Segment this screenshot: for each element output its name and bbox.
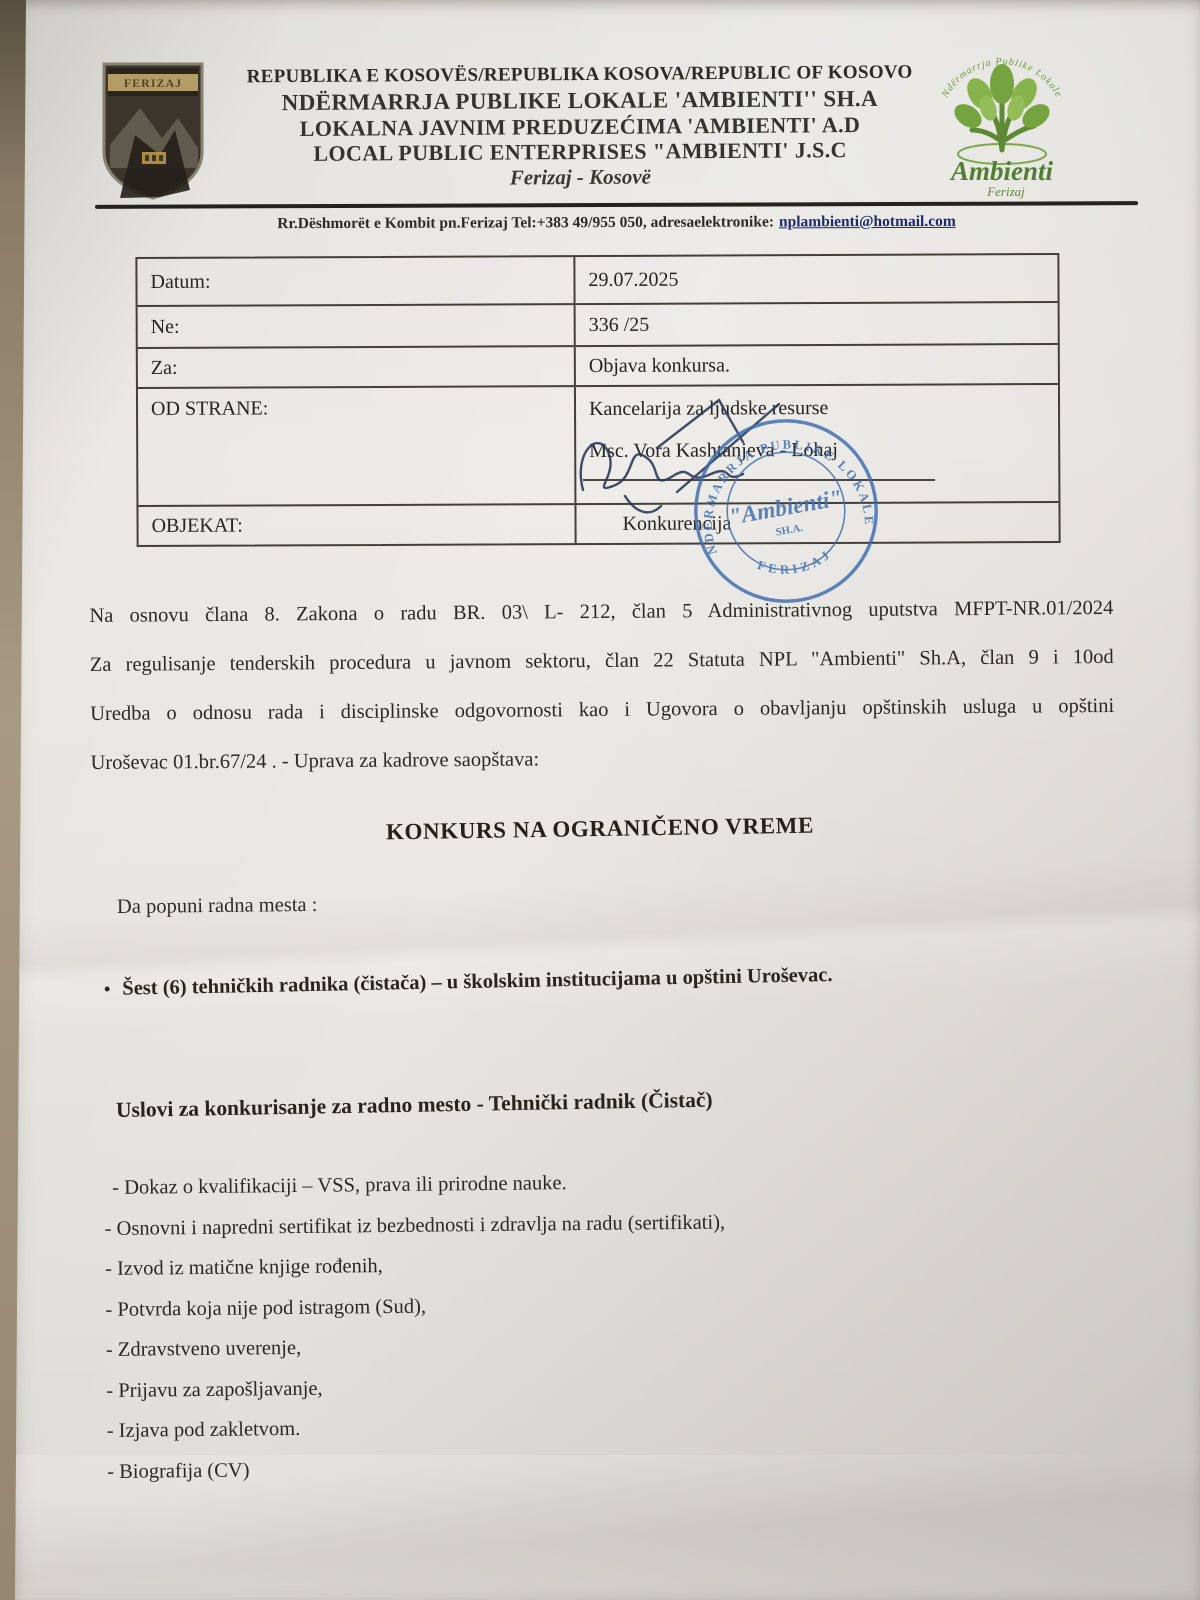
row-value: 336 /25 [576,303,1058,345]
row-label: OD STRANE: [138,387,577,505]
intro-line: Uroševac 01.br.67/24 . - Uprava za kadro… [90,731,1114,788]
stamp-arc-bottom-text: FERIZAJ [754,545,838,583]
email-link[interactable]: nplambienti@hotmail.com [779,213,956,231]
vacancy-text: Šest (6) tehničkih radnika (čistača) – u… [122,964,833,1000]
row-label: Za: [138,347,576,387]
photographed-document: FERIZAJ REPUBLIKA E KOSOVËS/REPUBLIKA KO… [0,0,1200,1600]
ambienti-tree-logo: Ndërmarrja Publike Lokale Ambienti Feriz… [926,50,1078,202]
bullet-icon: • [104,979,111,1000]
intro-line: Za regulisanje tenderskih procedura u ja… [90,633,1114,690]
row-value: Objava konkursa. [576,345,1058,385]
table-row: Ne: 336 /25 [138,301,1058,347]
requirements-heading: Uslovi za konkurisanje za radno mesto - … [116,1088,713,1123]
svg-text:FERIZAJ: FERIZAJ [754,545,838,583]
table-row: Za: Objava konkursa. [138,343,1058,387]
legal-basis-paragraph: Na osnovu člana 8. Zakona o radu BR. 03\… [89,584,1115,788]
tree-logo-name: Ambienti [949,156,1054,186]
org-name-english: LOCAL PUBLIC ENTERPRISES "AMBIENTI' J.S.… [200,136,960,166]
ferizaj-shield-logo: FERIZAJ [100,60,206,202]
row-label: OBJEKAT: [138,505,576,545]
contact-line: Rr.Dëshmorët e Kombit pn.Ferizaj Tel:+38… [95,212,1138,234]
row-label: Datum: [137,257,575,305]
paper-crease [0,830,1200,1050]
address-and-phone: Rr.Dëshmorët e Kombit pn.Ferizaj Tel:+38… [277,213,774,232]
positions-intro: Da popuni radna mesta : [117,894,318,919]
paper-sheet: FERIZAJ REPUBLIKA E KOSOVËS/REPUBLIKA KO… [0,0,1200,1600]
intro-line: Na osnovu člana 8. Zakona o radu BR. 03\… [89,584,1113,641]
city-line: Ferizaj - Kosovë [200,161,960,193]
requirements-list: - Dokaz o kvalifikaciji – VSS, prava ili… [104,1159,1007,1492]
vacancy-item: •Šest (6) tehničkih radnika (čistača) – … [104,964,833,1001]
intro-line: Uredba o odnosu rada i disciplinske odgo… [90,682,1114,739]
official-round-stamp: NDËRMARRJA PUBLIKE LOKALE FERIZAJ "Ambie… [672,397,899,624]
stamp-center-sub: SH.A. [775,522,804,539]
shield-label: FERIZAJ [124,76,182,90]
announcement-title: KONKURS NA OGRANIČENO VREME [0,807,1200,852]
requirement-item: - Biografija (CV) [107,1442,1007,1492]
row-label: Ne: [138,305,576,347]
row-value: 29.07.2025 [575,255,1057,303]
table-row: Datum: 29.07.2025 [137,255,1057,305]
letterhead-divider [95,201,1138,209]
tree-logo-sub: Ferizaj [986,184,1025,199]
letterhead: REPUBLIKA E KOSOVËS/REPUBLIKA KOSOVA/REP… [200,59,961,193]
